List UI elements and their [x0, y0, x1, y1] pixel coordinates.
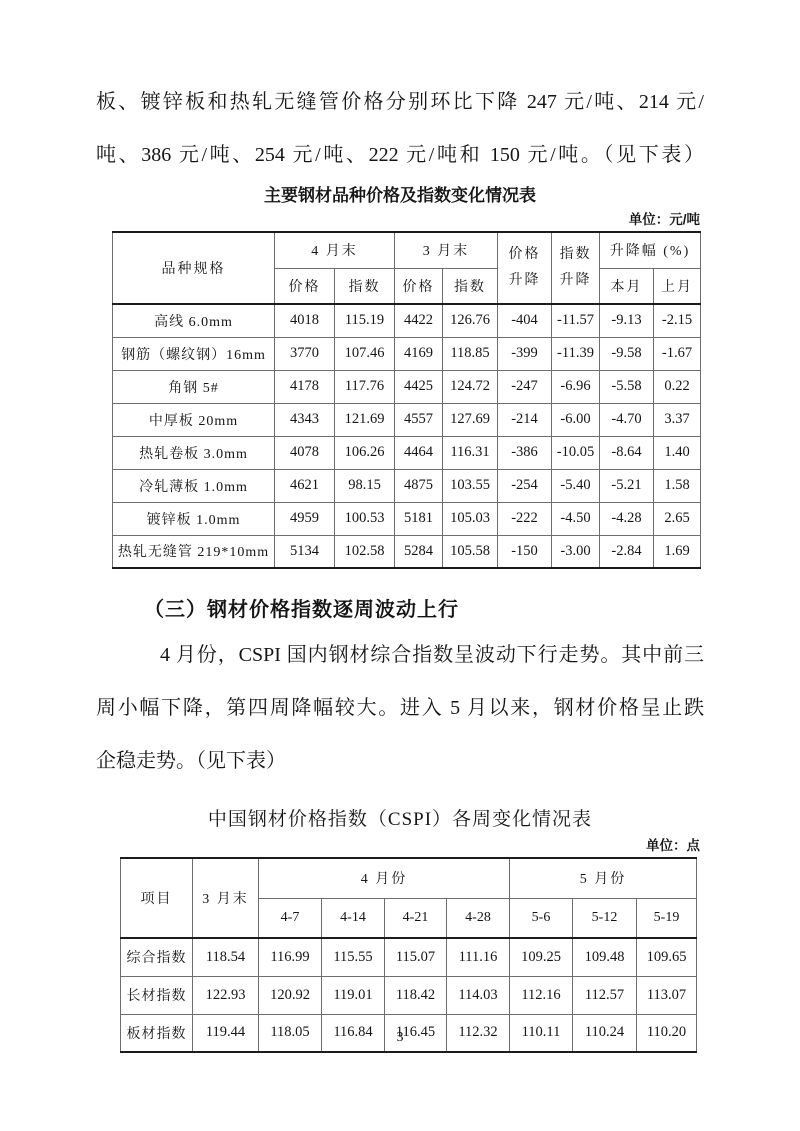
document-page: 板、镀锌板和热轧无缝管价格分别环比下降 247 元/吨、214 元/ 吨、386… [0, 0, 800, 1131]
table-cell: 5181 [395, 502, 443, 535]
intro-line-2: 吨、386 元/吨、254 元/吨、222 元/吨和 150 元/吨。（见下表） [96, 129, 704, 182]
table-cell: 124.72 [443, 370, 498, 403]
table-cell: -2.15 [654, 304, 701, 337]
cspi-weekly-table: 项目 3 月末 4 月份 5 月份 4-7 4-14 4-21 4-28 5-6… [120, 857, 697, 1053]
th-this-month: 本月 [600, 268, 654, 304]
table-cell: 115.07 [385, 938, 447, 976]
table2-title: 中国钢材价格指数（CSPI）各周变化情况表 [96, 806, 704, 834]
table-cell: -8.64 [600, 436, 654, 469]
paragraph-line-2: 周小幅下降，第四周降幅较大。进入 5 月以来，钢材价格呈止跌 [96, 682, 704, 735]
table-cell: -10.05 [552, 436, 600, 469]
table-cell: 102.58 [335, 535, 395, 568]
table-row: 长材指数 122.93 120.92 119.01 118.42 114.03 … [121, 976, 697, 1014]
table-cell: -5.21 [600, 469, 654, 502]
table-cell: 4018 [275, 304, 335, 337]
th-week-4-7: 4-7 [259, 898, 322, 938]
th-price-change-line2: 升降 [500, 268, 549, 294]
table-cell: 115.55 [322, 938, 385, 976]
table-cell: 98.15 [335, 469, 395, 502]
table-cell: 4621 [275, 469, 335, 502]
table-cell: -399 [498, 337, 552, 370]
paragraph-line-1: 4 月份，CSPI 国内钢材综合指数呈波动下行走势。其中前三 [96, 629, 704, 682]
table-row: 中厚板 20mm 4343 121.69 4557 127.69 -214 -6… [113, 403, 701, 436]
table-cell: -222 [498, 502, 552, 535]
th-april-price: 价格 [275, 268, 335, 304]
table-cell: 5134 [275, 535, 335, 568]
table-row: 冷轧薄板 1.0mm 4621 98.15 4875 103.55 -254 -… [113, 469, 701, 502]
table-cell: 111.16 [447, 938, 510, 976]
table-cell: 4464 [395, 436, 443, 469]
th-april-index: 指数 [335, 268, 395, 304]
table1-unit-label: 单位：元/吨 [96, 208, 704, 231]
table-cell: 112.16 [510, 976, 573, 1014]
table-cell: -1.67 [654, 337, 701, 370]
table-cell: -3.00 [552, 535, 600, 568]
table-row: 热轧卷板 3.0mm 4078 106.26 4464 116.31 -386 … [113, 436, 701, 469]
table-cell: 105.58 [443, 535, 498, 568]
section-paragraph: 4 月份，CSPI 国内钢材综合指数呈波动下行走势。其中前三 周小幅下降，第四周… [96, 629, 704, 788]
table-row: 镀锌板 1.0mm 4959 100.53 5181 105.03 -222 -… [113, 502, 701, 535]
table-cell: -11.57 [552, 304, 600, 337]
th-week-5-12: 5-12 [573, 898, 637, 938]
th-march-price: 价格 [395, 268, 443, 304]
cell-spec: 中厚板 20mm [113, 403, 275, 436]
cell-spec: 角钢 5# [113, 370, 275, 403]
table-cell: -6.96 [552, 370, 600, 403]
th-index-change-line1: 指数 [554, 242, 597, 268]
table-cell: 4078 [275, 436, 335, 469]
table-cell: 1.69 [654, 535, 701, 568]
table-cell: 4169 [395, 337, 443, 370]
th-week-5-6: 5-6 [510, 898, 573, 938]
table-cell: 109.65 [637, 938, 697, 976]
table-cell: -404 [498, 304, 552, 337]
table-cell: 3770 [275, 337, 335, 370]
cell-index-name: 长材指数 [121, 976, 193, 1014]
table-cell: -247 [498, 370, 552, 403]
table-cell: -2.84 [600, 535, 654, 568]
table-cell: 106.26 [335, 436, 395, 469]
page-number: 3 [0, 1030, 800, 1046]
table-cell: -5.58 [600, 370, 654, 403]
th-week-4-21: 4-21 [385, 898, 447, 938]
cell-spec: 高线 6.0mm [113, 304, 275, 337]
table-cell: 1.40 [654, 436, 701, 469]
th-april-end: 4 月末 [275, 232, 395, 268]
cell-spec: 热轧无缝管 219*10mm [113, 535, 275, 568]
table-cell: 109.48 [573, 938, 637, 976]
table-cell: 117.76 [335, 370, 395, 403]
th-index-change: 指数 升降 [552, 232, 600, 304]
th-week-4-14: 4-14 [322, 898, 385, 938]
table-cell: 126.76 [443, 304, 498, 337]
table-cell: 107.46 [335, 337, 395, 370]
table-cell: 118.42 [385, 976, 447, 1014]
table-cell: -4.70 [600, 403, 654, 436]
table-cell: 120.92 [259, 976, 322, 1014]
th-change-range: 升降幅 (%) [600, 232, 701, 268]
cell-spec: 镀锌板 1.0mm [113, 502, 275, 535]
cell-index-name: 综合指数 [121, 938, 193, 976]
table-cell: 109.25 [510, 938, 573, 976]
table-cell: 127.69 [443, 403, 498, 436]
table-cell: 118.54 [193, 938, 259, 976]
table-cell: 121.69 [335, 403, 395, 436]
th-week-4-28: 4-28 [447, 898, 510, 938]
table-cell: 116.31 [443, 436, 498, 469]
table-row: 热轧无缝管 219*10mm 5134 102.58 5284 105.58 -… [113, 535, 701, 568]
table-cell: 105.03 [443, 502, 498, 535]
cell-spec: 冷轧薄板 1.0mm [113, 469, 275, 502]
table-cell: 0.22 [654, 370, 701, 403]
th-index-change-line2: 升降 [554, 268, 597, 294]
table-cell: 114.03 [447, 976, 510, 1014]
th-may: 5 月份 [510, 858, 697, 898]
paragraph-line-3: 企稳走势。（见下表） [96, 735, 704, 788]
table-cell: -214 [498, 403, 552, 436]
th-spec: 品种规格 [113, 232, 275, 304]
steel-price-table: 品种规格 4 月末 3 月末 价格 升降 指数 升降 升降幅 (%) 价格 指数… [112, 231, 701, 569]
table-cell: -6.00 [552, 403, 600, 436]
table-cell: 4875 [395, 469, 443, 502]
table-cell: 4178 [275, 370, 335, 403]
table-cell: 1.58 [654, 469, 701, 502]
table1-title: 主要钢材品种价格及指数变化情况表 [96, 184, 704, 208]
th-price-change-line1: 价格 [500, 242, 549, 268]
table-cell: 4343 [275, 403, 335, 436]
table-cell: 116.99 [259, 938, 322, 976]
intro-line-1: 板、镀锌板和热轧无缝管价格分别环比下降 247 元/吨、214 元/ [96, 76, 704, 129]
table-cell: 100.53 [335, 502, 395, 535]
th-week-5-19: 5-19 [637, 898, 697, 938]
th-march-end: 3 月末 [193, 858, 259, 938]
table-cell: -386 [498, 436, 552, 469]
table-row: 钢筋（螺纹钢）16mm 3770 107.46 4169 118.85 -399… [113, 337, 701, 370]
cell-spec: 热轧卷板 3.0mm [113, 436, 275, 469]
table-cell: -4.28 [600, 502, 654, 535]
table-cell: -9.58 [600, 337, 654, 370]
table-cell: -11.39 [552, 337, 600, 370]
table-cell: -4.50 [552, 502, 600, 535]
table-cell: 118.85 [443, 337, 498, 370]
th-last-month: 上月 [654, 268, 701, 304]
th-april: 4 月份 [259, 858, 510, 898]
table2-unit-label: 单位：点 [104, 834, 704, 857]
cell-spec: 钢筋（螺纹钢）16mm [113, 337, 275, 370]
table-row: 角钢 5# 4178 117.76 4425 124.72 -247 -6.96… [113, 370, 701, 403]
table-cell: -9.13 [600, 304, 654, 337]
table-cell: -254 [498, 469, 552, 502]
table-row: 综合指数 118.54 116.99 115.55 115.07 111.16 … [121, 938, 697, 976]
th-march-end: 3 月末 [395, 232, 498, 268]
table-cell: 4557 [395, 403, 443, 436]
table-cell: 112.57 [573, 976, 637, 1014]
th-item: 项目 [121, 858, 193, 938]
table-row: 高线 6.0mm 4018 115.19 4422 126.76 -404 -1… [113, 304, 701, 337]
table-cell: 5284 [395, 535, 443, 568]
table-cell: 115.19 [335, 304, 395, 337]
table-cell: 2.65 [654, 502, 701, 535]
table-cell: -5.40 [552, 469, 600, 502]
table-cell: 103.55 [443, 469, 498, 502]
table-cell: 119.01 [322, 976, 385, 1014]
table-cell: 3.37 [654, 403, 701, 436]
th-price-change: 价格 升降 [498, 232, 552, 304]
table-cell: 4425 [395, 370, 443, 403]
table-cell: 4959 [275, 502, 335, 535]
th-march-index: 指数 [443, 268, 498, 304]
table-cell: 113.07 [637, 976, 697, 1014]
intro-paragraph: 板、镀锌板和热轧无缝管价格分别环比下降 247 元/吨、214 元/ 吨、386… [96, 76, 704, 182]
section-heading: （三）钢材价格指数逐周波动上行 [96, 597, 704, 623]
table-cell: 122.93 [193, 976, 259, 1014]
table-cell: 4422 [395, 304, 443, 337]
table-cell: -150 [498, 535, 552, 568]
